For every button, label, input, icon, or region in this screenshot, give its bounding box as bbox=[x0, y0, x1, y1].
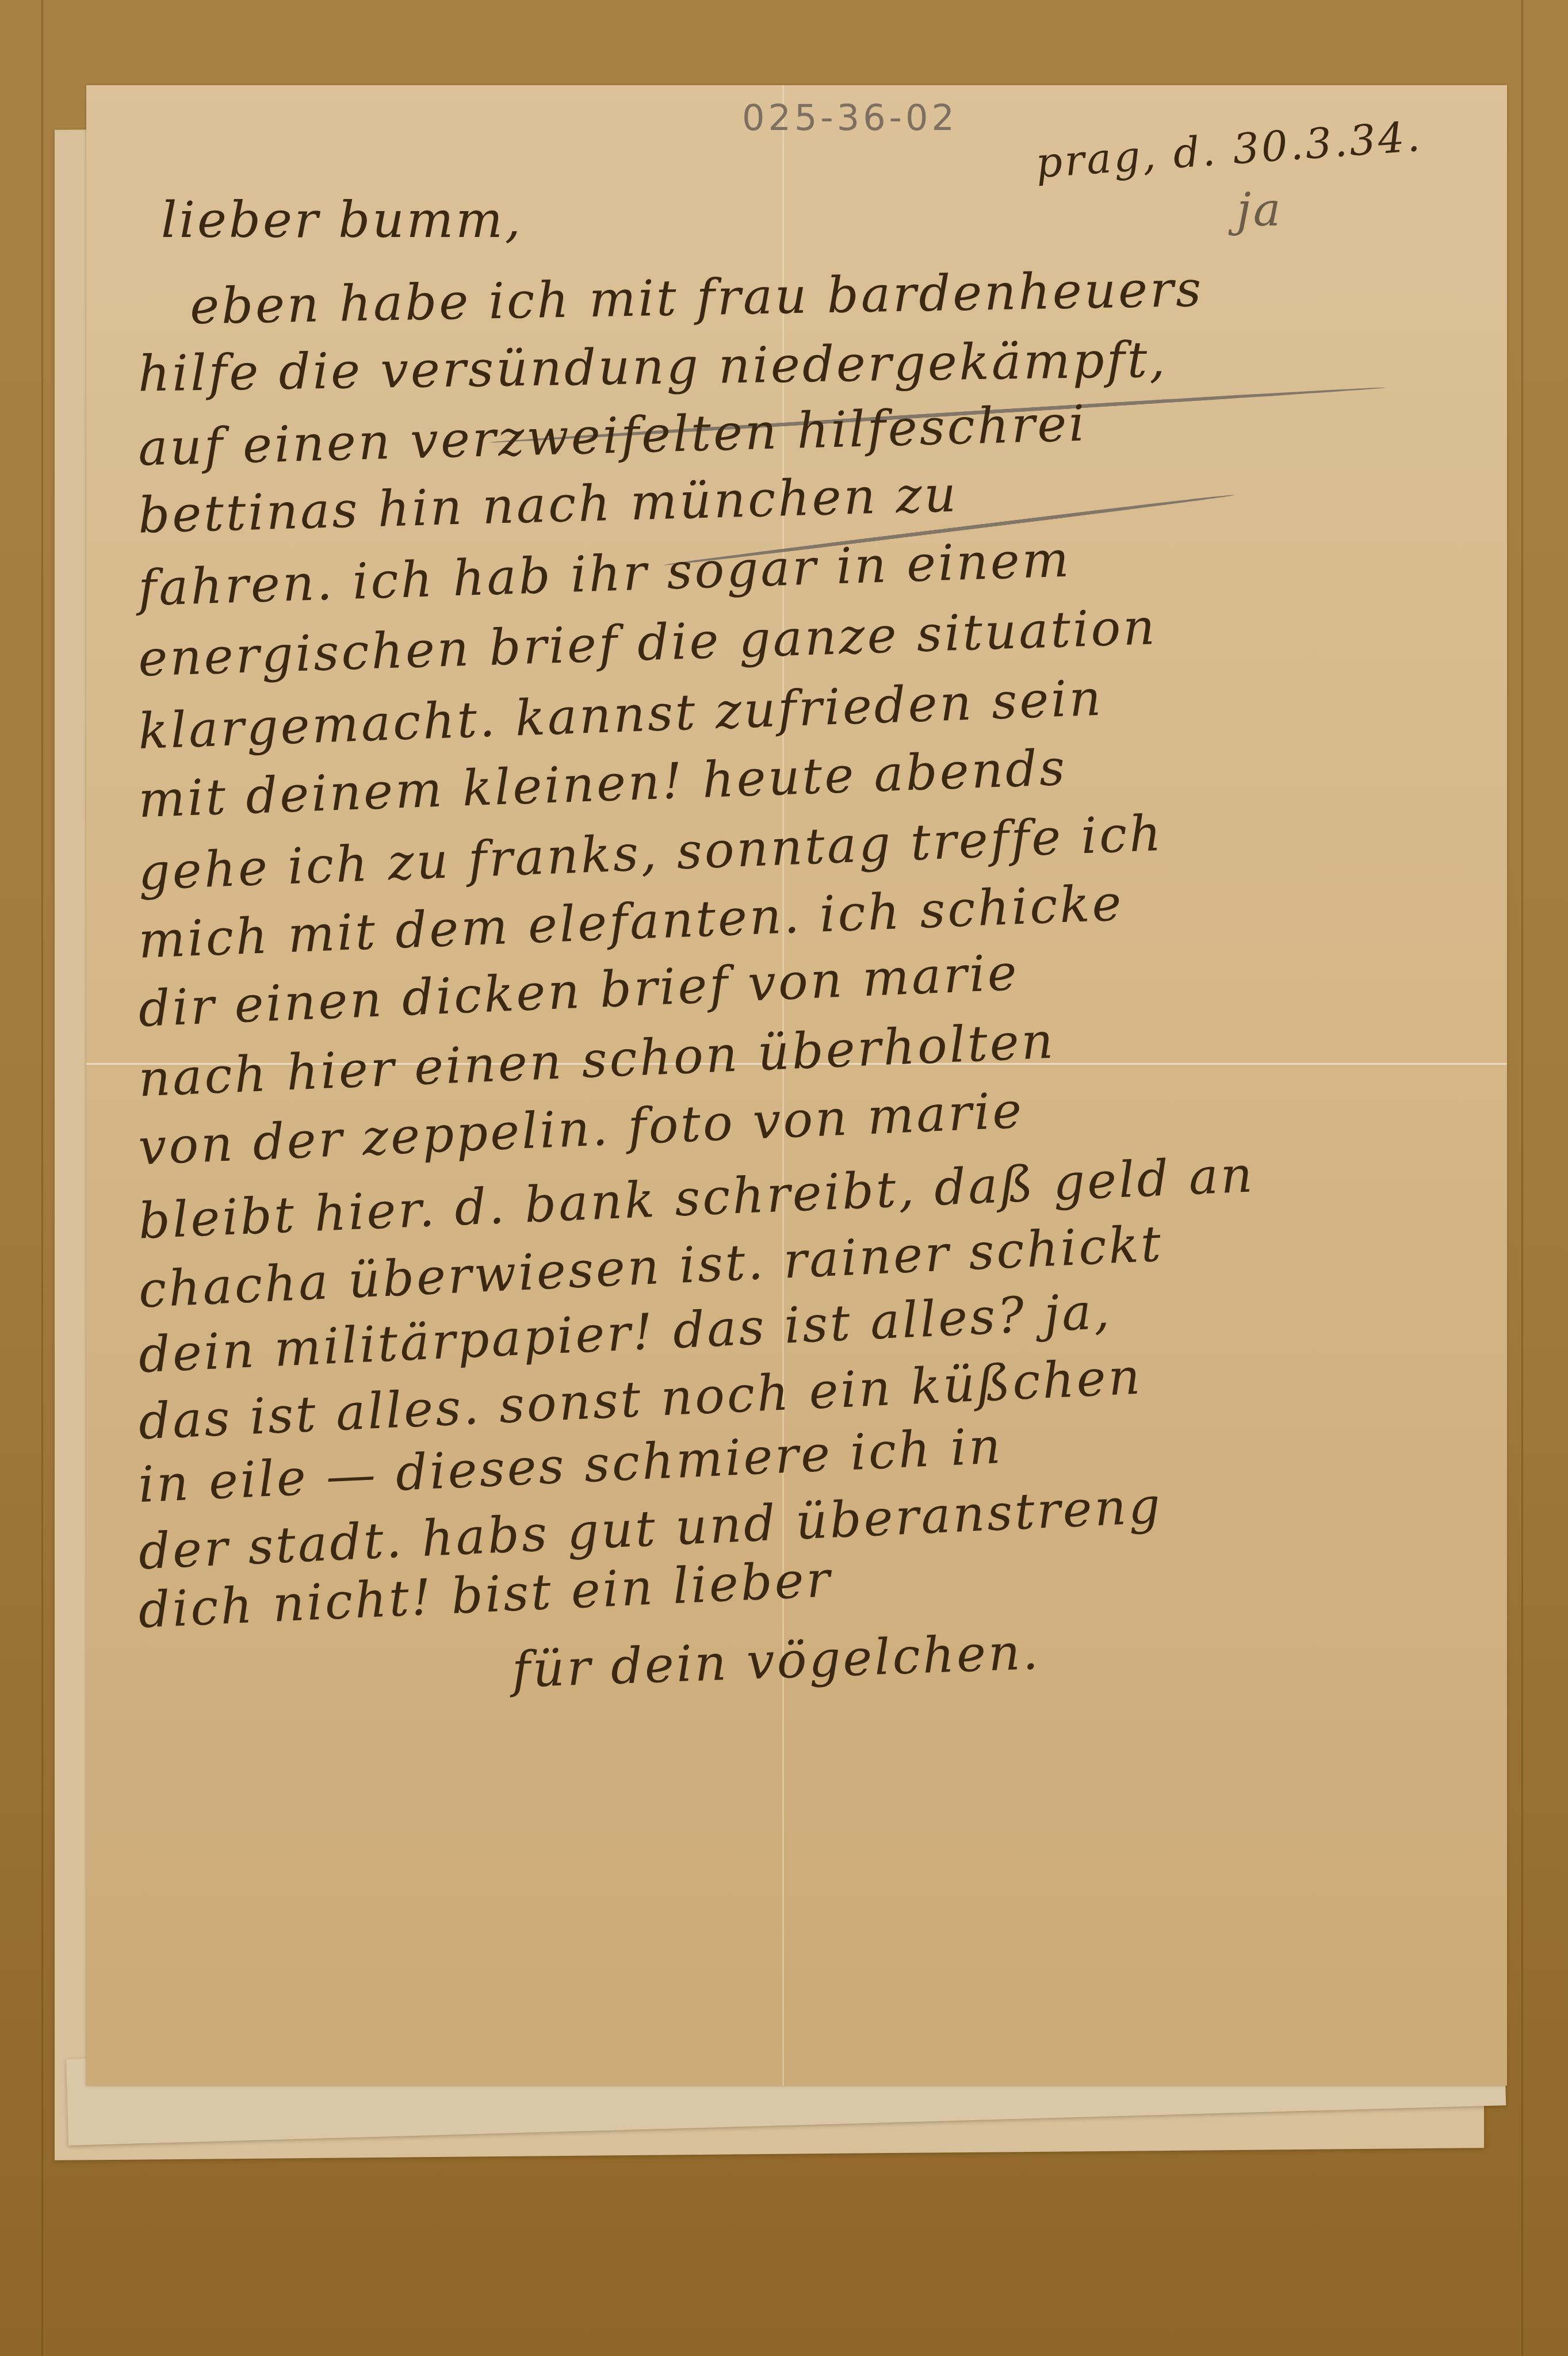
body-line: fahren. ich hab ihr sogar in einem bbox=[137, 531, 1072, 618]
body-line: auf einen verzweifelten hilfeschrei bbox=[137, 395, 1088, 477]
board-seam-right bbox=[1521, 0, 1523, 2356]
salutation: lieber bumm, bbox=[161, 192, 523, 249]
letter-page: 025-36-02 prag, d. 30.3.34. ja lieber bu… bbox=[86, 85, 1507, 2086]
pencil-annotation: ja bbox=[1237, 183, 1283, 236]
closing-signature: für dein vögelchen. bbox=[511, 1623, 1042, 1699]
body-line: hilfe die versündung niedergekämpft, bbox=[137, 331, 1168, 403]
body-line: bettinas hin nach münchen zu bbox=[137, 465, 959, 544]
body-line: eben habe ich mit frau bardenheuers bbox=[189, 261, 1204, 336]
place-date: prag, d. 30.3.34. bbox=[1034, 112, 1424, 188]
board-seam-left bbox=[41, 0, 43, 2356]
archive-number: 025-36-02 bbox=[742, 97, 958, 139]
